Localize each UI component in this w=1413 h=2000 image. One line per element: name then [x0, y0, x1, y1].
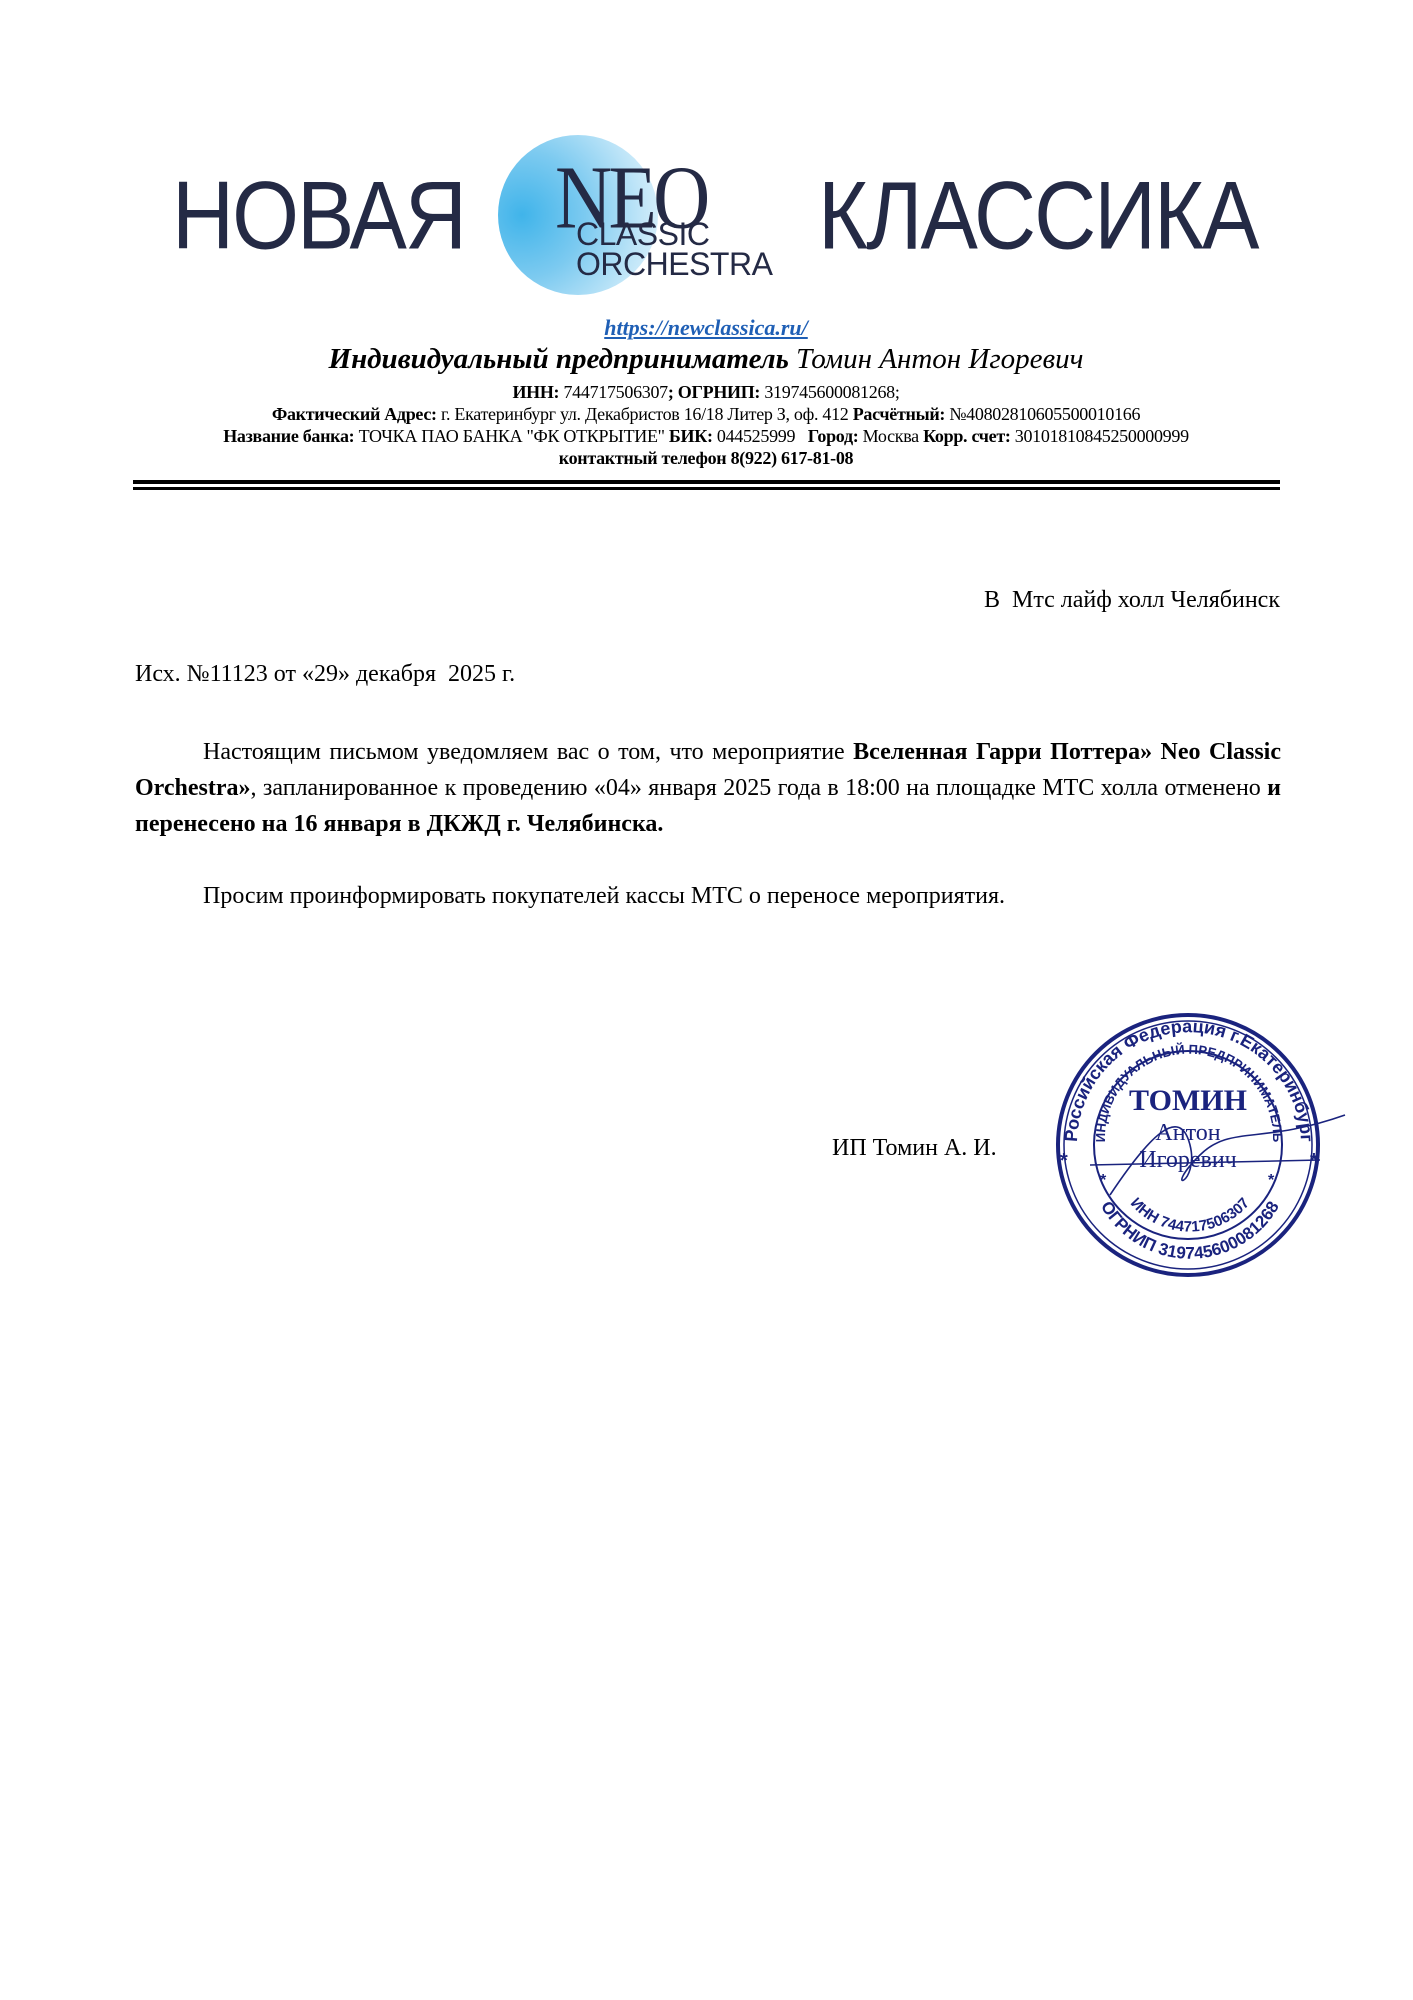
inn-label: ИНН: — [512, 382, 559, 402]
city-value: Москва — [863, 426, 919, 446]
notice-paragraph: Настоящим письмом уведомляем вас о том, … — [135, 734, 1281, 842]
header-divider-top — [133, 480, 1280, 484]
city-label: Город: — [808, 426, 859, 446]
bank-label: Название банка: — [223, 426, 354, 446]
stamp-first-name: Антон — [1155, 1120, 1220, 1146]
header-divider-bottom — [133, 487, 1280, 490]
logo-left-word: НОВАЯ — [172, 168, 465, 264]
svg-text:*: * — [1310, 1150, 1318, 1172]
inn-ogrnip-line: ИНН: 744717506307; ОГРНИП: 3197456000812… — [130, 381, 1282, 403]
official-stamp: Российская Федерация г.Екатеринбург ИНДИ… — [1030, 995, 1350, 1285]
request-paragraph: Просим проинформировать покупателей касс… — [135, 878, 1281, 914]
logo-orchestra-text: ORCHESTRA — [576, 248, 772, 280]
stamp-surname: ТОМИН — [1129, 1084, 1247, 1117]
svg-text:*: * — [1268, 1172, 1275, 1189]
address-value: г. Екатеринбург ул. Декабристов 16/18 Ли… — [441, 404, 849, 424]
logo-right-word: КЛАССИКА — [818, 168, 1258, 264]
outgoing-reference: Исх. №11123 от «29» декабря 2025 г. — [135, 656, 515, 692]
bank-value: ТОЧКА ПАО БАНКА "ФК ОТКРЫТИЕ" — [359, 426, 665, 446]
addressee: В Мтс лайф холл Челябинск — [984, 582, 1280, 618]
corr-account-label: Корр. счет: — [923, 426, 1010, 446]
inn-value: 744717506307 — [563, 382, 667, 402]
address-label: Фактический Адрес: — [272, 404, 437, 424]
svg-text:*: * — [1100, 1172, 1107, 1189]
account-value: №40802810605500010166 — [949, 404, 1140, 424]
entrepreneur-name: Томин Антон Игоревич — [796, 343, 1083, 375]
bik-value: 044525999 — [717, 426, 795, 446]
entrepreneur-label: Индивидуальный предприниматель — [329, 343, 789, 375]
svg-text:*: * — [1060, 1150, 1068, 1172]
account-label: Расчётный: — [853, 404, 945, 424]
website-link[interactable]: https://newclassica.ru/ — [130, 315, 1282, 341]
bik-label: БИК: — [669, 426, 713, 446]
bank-details-line: Название банка: ТОЧКА ПАО БАНКА "ФК ОТКР… — [130, 425, 1282, 447]
notice-text-2: , запланированное к проведению «04» янва… — [251, 775, 1268, 801]
stamp-patronymic: Игоревич — [1139, 1147, 1236, 1173]
contact-phone: контактный телефон 8(922) 617-81-08 — [130, 447, 1282, 469]
signatory-name: ИП Томин А. И. — [832, 1130, 997, 1166]
corr-account-value: 30101810845250000999 — [1015, 426, 1189, 446]
notice-text-1: Настоящим письмом уведомляем вас о том, … — [203, 739, 853, 765]
address-account-line: Фактический Адрес: г. Екатеринбург ул. Д… — [130, 403, 1282, 425]
ogrnip-value: 319745600081268; — [764, 382, 899, 402]
entrepreneur-title: Индивидуальный предприниматель Томин Ант… — [130, 343, 1282, 376]
ogrnip-label: ОГРНИП: — [678, 382, 760, 402]
